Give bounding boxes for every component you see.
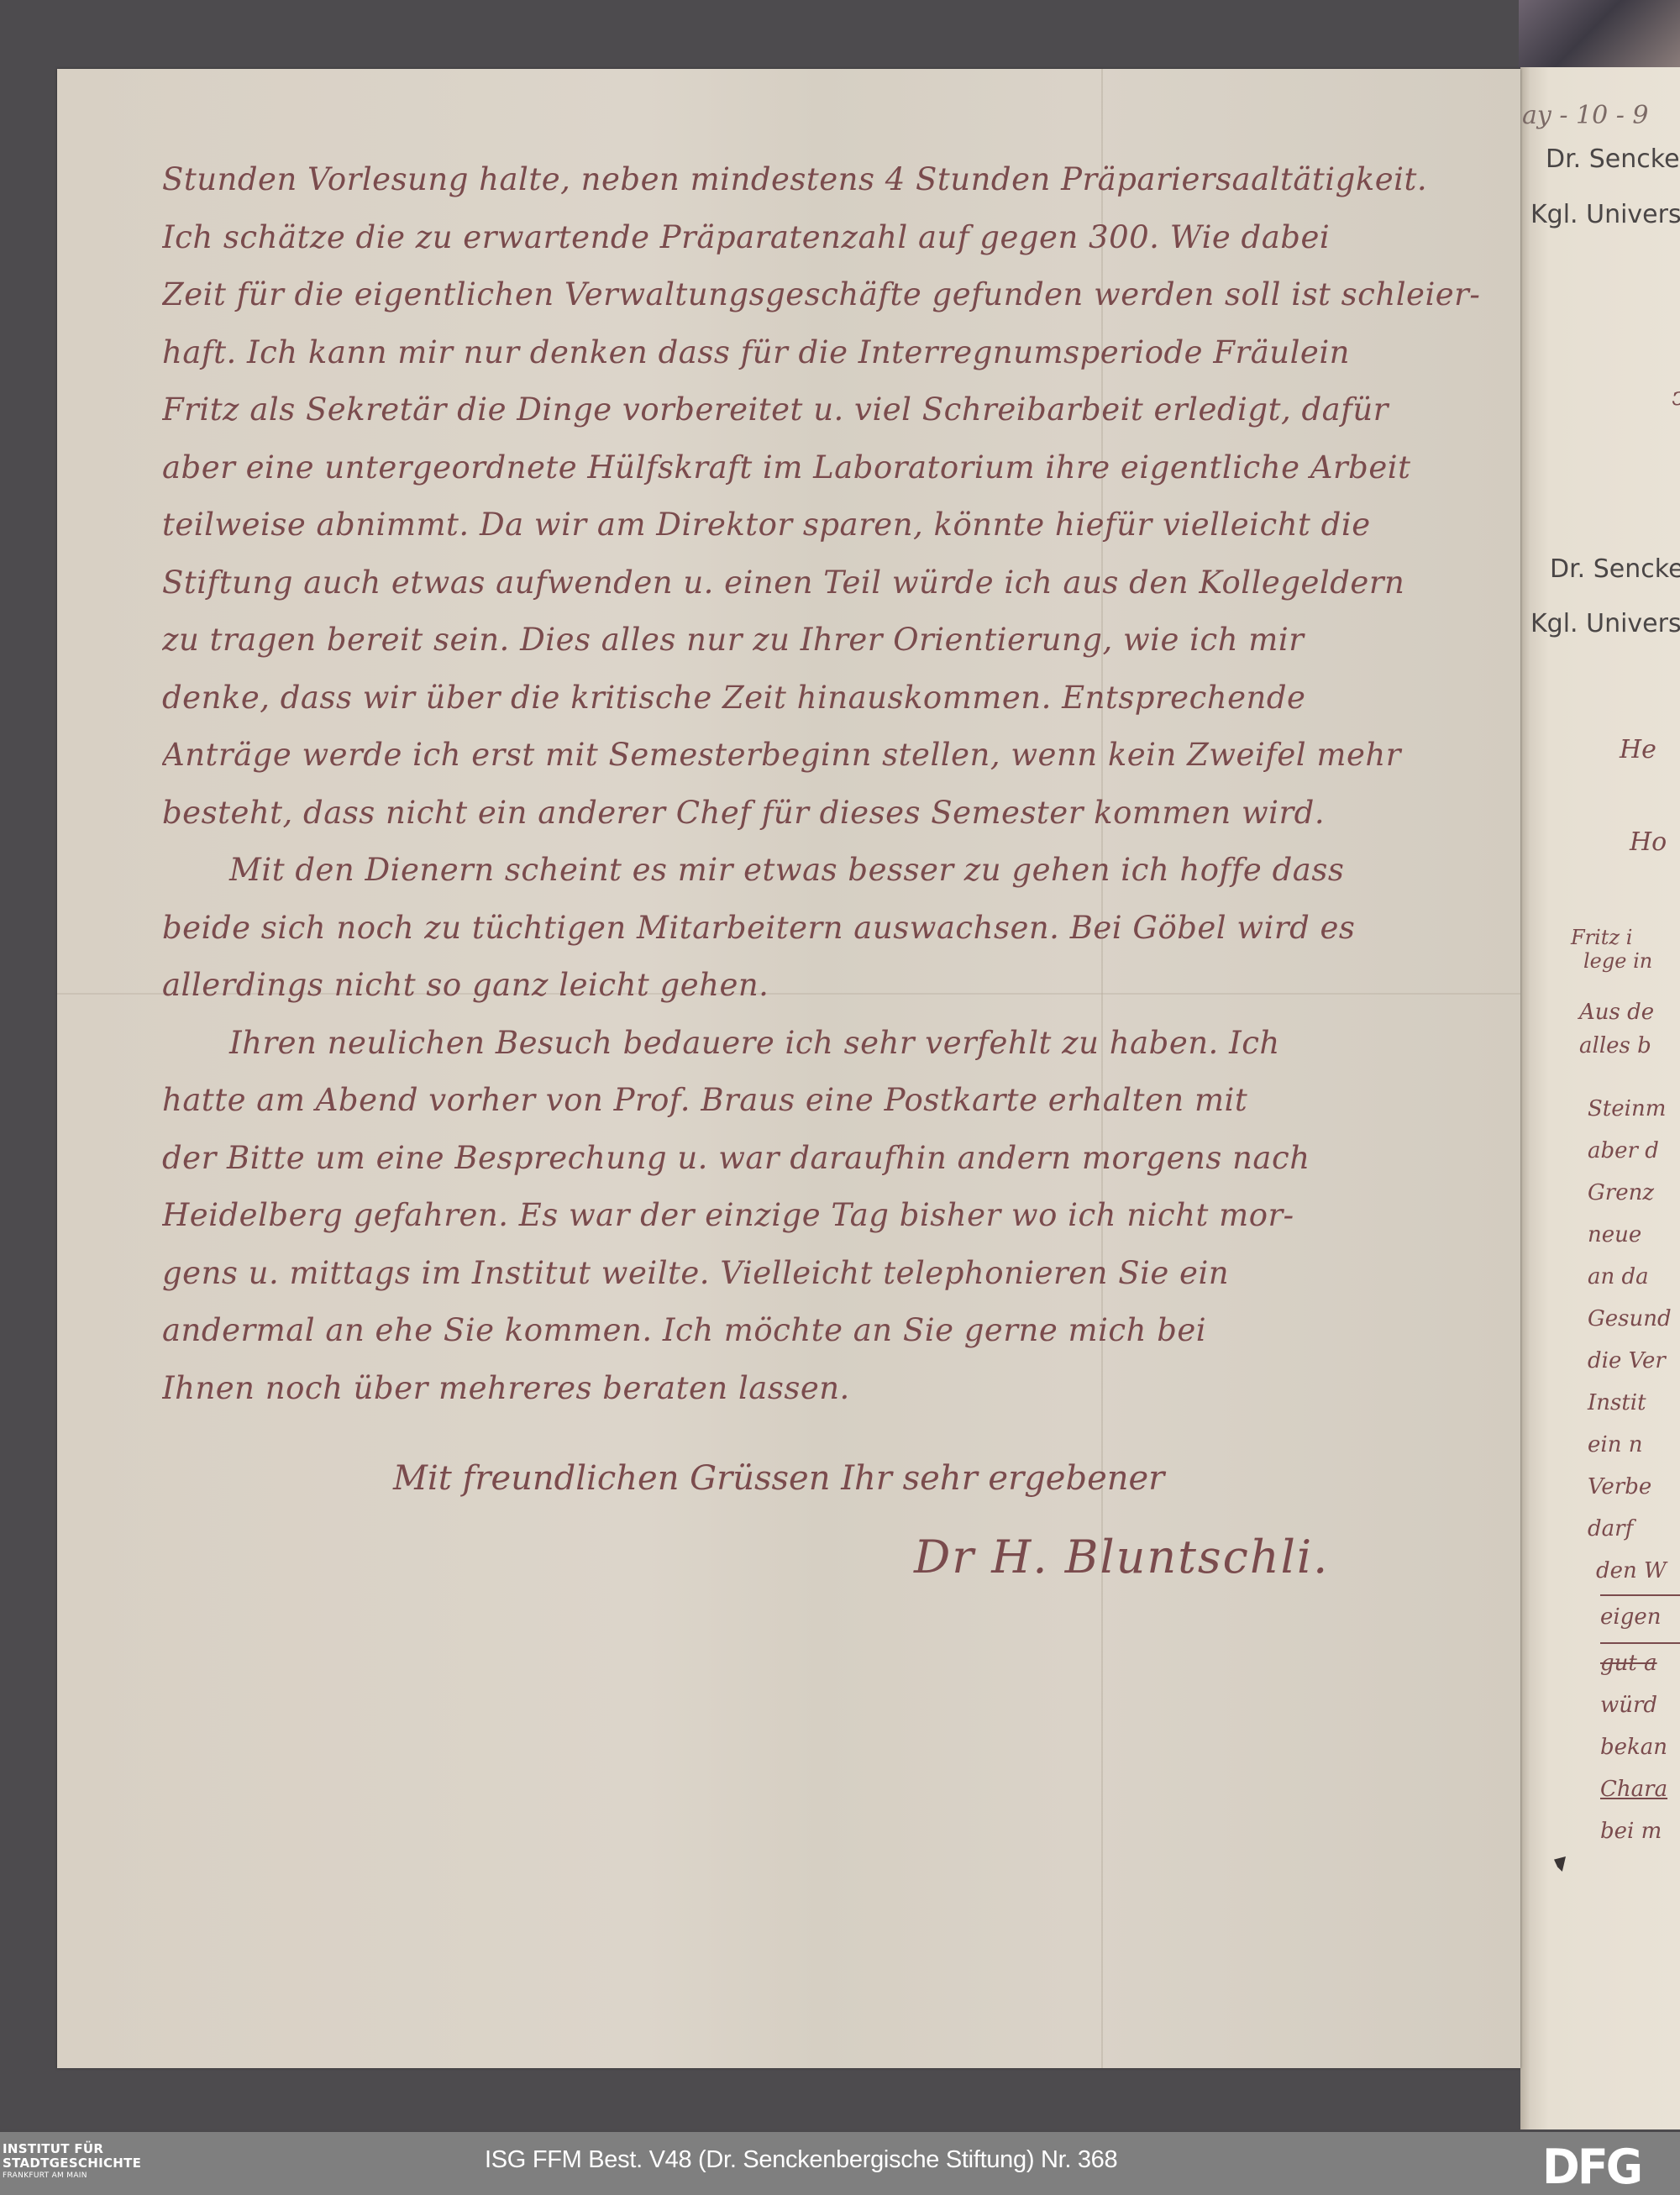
letter-line: Mit den Dienern scheint es mir etwas bes… (162, 842, 1506, 900)
archive-caption: ISG FFM Best. V48 (Dr. Senckenbergische … (485, 2146, 1117, 2174)
handwriting-fragment: Fritz i (1571, 926, 1632, 949)
letter-line: der Bitte um eine Besprechung u. war dar… (162, 1130, 1506, 1188)
institute-logo-line: INSTITUT FÜR (3, 2142, 141, 2156)
handwriting-fragment: neue (1588, 1222, 1641, 1247)
handwriting-fragment: Aus de (1579, 1000, 1654, 1025)
handwriting-fragment: bei m (1600, 1819, 1662, 1844)
letter-line: denke, dass wir über die kritische Zeit … (162, 670, 1506, 727)
letter-line: gens u. mittags im Institut weilte. Viel… (162, 1245, 1506, 1303)
handwriting-fragment: Verbe (1588, 1474, 1651, 1499)
handwriting-fragment: gut a (1600, 1651, 1657, 1676)
dfg-logo: DFG (1542, 2139, 1641, 2194)
letter-body: Stunden Vorlesung halte, neben mindesten… (162, 151, 1506, 1417)
letter-sheet: Stunden Vorlesung halte, neben mindesten… (57, 69, 1520, 2068)
letter-line: Stunden Vorlesung halte, neben mindesten… (162, 151, 1506, 209)
letter-line: aber eine untergeordnete Hülfskraft im L… (162, 439, 1506, 497)
handwriting-fragment: würd (1600, 1693, 1657, 1718)
letter-line: Anträge werde ich erst mit Semesterbegin… (162, 727, 1506, 785)
handwriting-fragment: alles b (1579, 1033, 1651, 1058)
institute-logo-line: STADTGESCHICHTE (3, 2156, 141, 2171)
handwriting-fragment: an da (1588, 1264, 1649, 1289)
institute-logo: INSTITUT FÜR STADTGESCHICHTE FRANKFURT A… (3, 2142, 141, 2181)
signature: Dr H. Bluntschli. (914, 1531, 1329, 1583)
handwriting-fragment: den W (1596, 1558, 1667, 1583)
date-fragment: ay - 10 - 9 (1522, 101, 1649, 130)
handwriting-fragment: ein n (1588, 1432, 1642, 1457)
letter-closing: Mit freundlichen Grüssen Ihr sehr ergebe… (393, 1459, 1164, 1498)
letterhead-university: Kgl. Univers (1530, 200, 1680, 229)
handwriting-fragment: Chara (1600, 1777, 1667, 1802)
handwriting-fragment: lege in (1583, 949, 1652, 973)
letter-line: Zeit für die eigentlichen Verwaltungsges… (162, 266, 1506, 324)
letter-line: haft. Ich kann mir nur denken dass für d… (162, 324, 1506, 382)
handwriting-fragment: ↄ (1672, 382, 1680, 412)
page-spine (1520, 67, 1530, 2129)
letter-line: Fritz als Sekretär die Dinge vorbereitet… (162, 381, 1506, 439)
handwriting-fragment: Steinm (1588, 1096, 1666, 1121)
letter-line: Heidelberg gefahren. Es war der einzige … (162, 1187, 1506, 1245)
handwriting-fragment: eigen (1600, 1604, 1661, 1630)
letter-line: besteht, dass nicht ein anderer Chef für… (162, 785, 1506, 843)
letter-line: Ihren neulichen Besuch bedauere ich sehr… (162, 1015, 1506, 1073)
letter-line: Stiftung auch etwas aufwenden u. einen T… (162, 554, 1506, 612)
letter-line: andermal an ehe Sie kommen. Ich möchte a… (162, 1302, 1506, 1360)
underlying-letter-page: ay - 10 - 9 Dr. Sencker Kgl. Univers ↄ D… (1520, 67, 1680, 2129)
letter-line: zu tragen bereit sein. Dies alles nur zu… (162, 612, 1506, 670)
archive-caption-bar: INSTITUT FÜR STADTGESCHICHTE FRANKFURT A… (0, 2132, 1680, 2195)
handwriting-fragment: Instit (1588, 1390, 1646, 1415)
underline-rule (1600, 1642, 1680, 1644)
handwriting-fragment: Ho (1630, 827, 1667, 857)
handwriting-fragment: aber d (1588, 1138, 1659, 1163)
letter-line: beide sich noch zu tüchtigen Mitarbeiter… (162, 900, 1506, 958)
handwriting-fragment: bekan (1600, 1735, 1667, 1760)
handwriting-fragment: darf (1588, 1516, 1633, 1541)
letter-line: Ich schätze die zu erwartende Präparaten… (162, 209, 1506, 267)
letter-line: allerdings nicht so ganz leicht gehen. (162, 957, 1506, 1015)
handwriting-fragment: He (1620, 735, 1656, 764)
letterhead-foundation-2: Dr. Sencke (1550, 554, 1680, 584)
letter-line: Ihnen noch über mehreres beraten lassen. (162, 1360, 1506, 1418)
handwriting-fragment: die Ver (1588, 1348, 1666, 1373)
letter-line: teilweise abnimmt. Da wir am Direktor sp… (162, 496, 1506, 554)
letter-line: hatte am Abend vorher von Prof. Braus ei… (162, 1072, 1506, 1130)
handwriting-fragment: Gesund (1588, 1306, 1672, 1331)
letterhead-university-2: Kgl. Univers (1530, 609, 1680, 638)
scan-fabric-corner (1519, 0, 1680, 67)
letterhead-foundation: Dr. Sencker (1546, 144, 1680, 174)
underline-rule (1600, 1594, 1680, 1596)
handwriting-fragment: Grenz (1588, 1180, 1654, 1205)
institute-logo-line: FRANKFURT AM MAIN (3, 2171, 141, 2181)
